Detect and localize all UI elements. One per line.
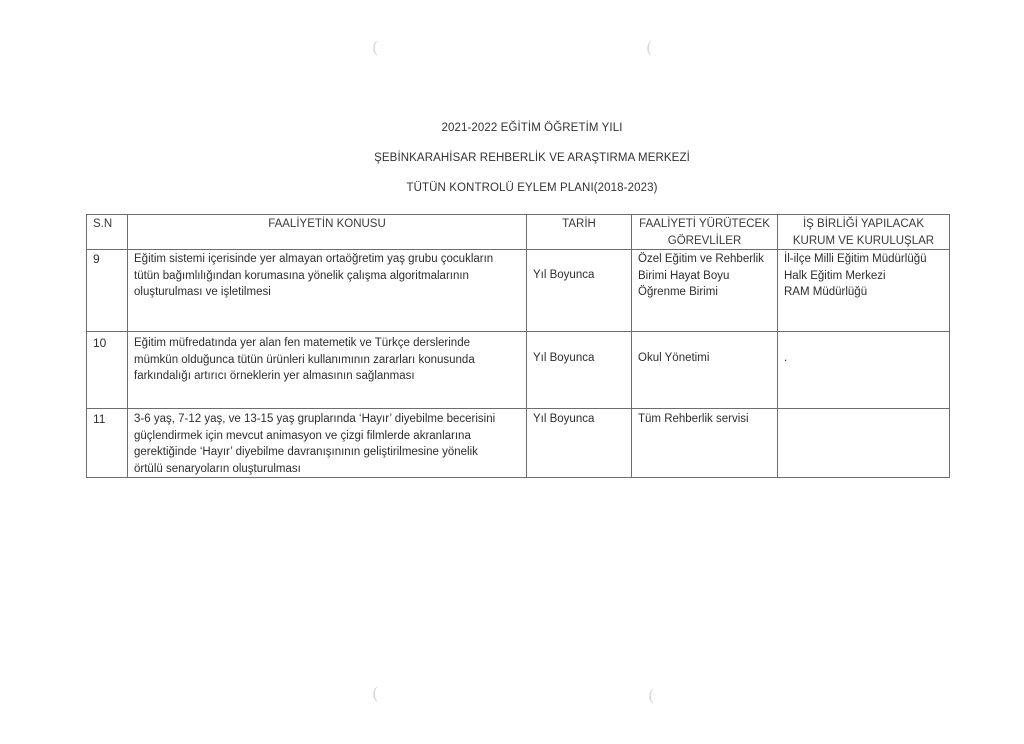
topic-line: gerektiğinde ‘Hayır’ diyebilme davranışı… (134, 444, 520, 461)
punch-hole-mark: ( (646, 38, 652, 57)
cooperation-line: RAM Müdürlüğü (784, 284, 943, 301)
topic-line: 3-6 yaş, 7-12 yaş, ve 13-15 yaş grupları… (134, 411, 520, 428)
topic-line: mümkün olduğunca tütün ürünleri kullanım… (134, 352, 520, 369)
topic-line: örtülü senaryoların oluşturulması (134, 461, 520, 478)
row-cooperation (778, 409, 950, 478)
table-header-row: S.N FAALİYETİN KONUSU TARİH FAALİYETİ YÜ… (87, 215, 950, 250)
header-executors-line: GÖREVLİLER (638, 233, 771, 250)
executor-line: Öğrenme Birimi (638, 284, 771, 301)
row-sn: 9 (87, 250, 128, 332)
row-executors: Tüm Rehberlik servisi (632, 409, 778, 478)
executor-line: Birimi Hayat Boyu (638, 268, 771, 285)
header-cooperation-line: KURUM VE KURULUŞLAR (784, 233, 943, 250)
table-row: 9 Eğitim sistemi içerisinde yer almayan … (87, 250, 950, 332)
executor-line: Özel Eğitim ve Rehberlik (638, 251, 771, 268)
row-executors: Özel Eğitim ve Rehberlik Birimi Hayat Bo… (632, 250, 778, 332)
topic-line: güçlendirmek için mevcut animasyon ve çi… (134, 428, 520, 445)
row-cooperation: İl-ilçe Milli Eğitim Müdürlüğü Halk Eğit… (778, 250, 950, 332)
punch-hole-mark: ( (372, 684, 378, 703)
plan-title-heading: TÜTÜN KONTROLÜ EYLEM PLANI(2018-2023) (0, 182, 1024, 194)
academic-year-heading: 2021-2022 EĞİTİM ÖĞRETİM YILI (0, 122, 1024, 134)
punch-hole-mark: ( (372, 38, 378, 57)
header-topic: FAALİYETİN KONUSU (128, 215, 527, 250)
row-topic: Eğitim sistemi içerisinde yer almayan or… (128, 250, 527, 332)
cooperation-line: İl-ilçe Milli Eğitim Müdürlüğü (784, 251, 943, 268)
row-date: Yıl Boyunca (527, 250, 632, 332)
header-executors-line: FAALİYETİ YÜRÜTECEK (638, 216, 771, 233)
topic-line: oluşturulması ve işletilmesi (134, 284, 520, 301)
row-executors: Okul Yönetimi (632, 332, 778, 409)
row-sn: 10 (87, 332, 128, 409)
header-sn: S.N (87, 215, 128, 250)
row-date: Yıl Boyunca (527, 332, 632, 409)
table-row: 11 3-6 yaş, 7-12 yaş, ve 13-15 yaş grupl… (87, 409, 950, 478)
header-date: TARİH (527, 215, 632, 250)
topic-line: Eğitim müfredatında yer alan fen matemet… (134, 335, 520, 352)
row-sn: 11 (87, 409, 128, 478)
header-cooperation-line: İŞ BİRLİĞİ YAPILACAK (784, 216, 943, 233)
cooperation-line: Halk Eğitim Merkezi (784, 268, 943, 285)
row-topic: Eğitim müfredatında yer alan fen matemet… (128, 332, 527, 409)
institution-heading: ŞEBİNKARAHİSAR REHBERLİK VE ARAŞTIRMA ME… (0, 152, 1024, 164)
topic-line: farkındalığı artırıcı örneklerin yer alm… (134, 368, 520, 385)
punch-hole-mark: ( (648, 686, 654, 705)
header-executors: FAALİYETİ YÜRÜTECEK GÖREVLİLER (632, 215, 778, 250)
action-plan-table: S.N FAALİYETİN KONUSU TARİH FAALİYETİ YÜ… (86, 214, 950, 478)
row-cooperation: . (778, 332, 950, 409)
row-topic: 3-6 yaş, 7-12 yaş, ve 13-15 yaş grupları… (128, 409, 527, 478)
row-date: Yıl Boyunca (527, 409, 632, 478)
header-cooperation: İŞ BİRLİĞİ YAPILACAK KURUM VE KURULUŞLAR (778, 215, 950, 250)
table-row: 10 Eğitim müfredatında yer alan fen mate… (87, 332, 950, 409)
topic-line: Eğitim sistemi içerisinde yer almayan or… (134, 251, 520, 268)
topic-line: tütün bağımlılığından korumasına yönelik… (134, 268, 520, 285)
